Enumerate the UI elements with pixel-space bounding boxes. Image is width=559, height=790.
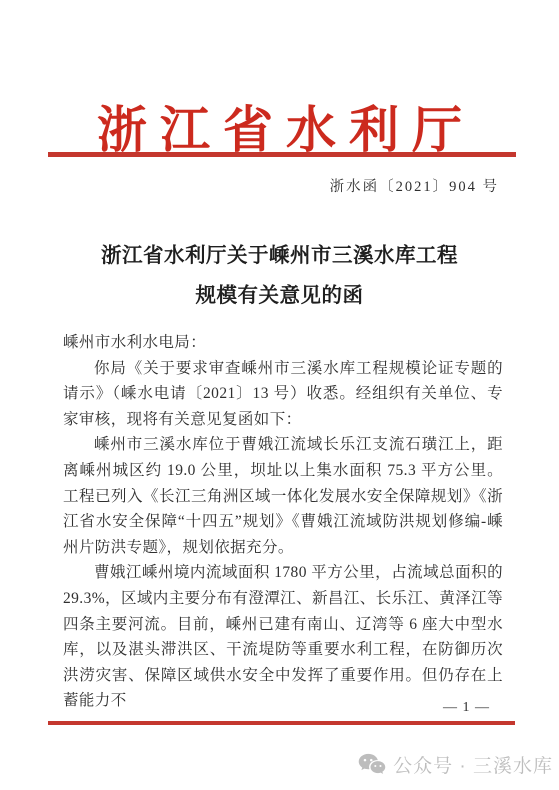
document-title: 浙江省水利厅关于嵊州市三溪水库工程 规模有关意见的函 (0, 236, 559, 316)
letter-paragraph: 你局《关于要求审查嵊州市三溪水库工程规模论证专题的请示》（嵊水电请〔2021〕1… (63, 356, 503, 433)
document-reference-number: 浙水函〔2021〕904 号 (330, 175, 499, 196)
watermark-text: 公众号 · 三溪水库 (393, 751, 553, 778)
letter-paragraph: 嵊州市三溪水库位于曹娥江流域长乐江支流石璜江上，距离嵊州城区约 19.0 公里，… (63, 432, 503, 560)
letter-salutation: 嵊州市水利水电局： (63, 330, 503, 356)
letter-paragraph: 曹娥江嵊州境内流域面积 1780 平方公里，占流域总面积的 29.3%，区域内主… (63, 560, 503, 714)
wechat-icon (358, 753, 386, 776)
watermark: 公众号 · 三溪水库 (358, 751, 553, 778)
letter-body: 嵊州市水利水电局： 你局《关于要求审查嵊州市三溪水库工程规模论证专题的请示》（嵊… (63, 330, 503, 714)
letterhead-divider-line (48, 152, 516, 157)
page-number: — 1 — (443, 700, 490, 716)
document-title-line2: 规模有关意见的函 (0, 276, 559, 316)
footer-divider-line (48, 721, 515, 725)
official-letter-page: 浙江省水利厅 浙水函〔2021〕904 号 浙江省水利厅关于嵊州市三溪水库工程 … (0, 0, 559, 790)
document-title-line1: 浙江省水利厅关于嵊州市三溪水库工程 (0, 236, 559, 276)
